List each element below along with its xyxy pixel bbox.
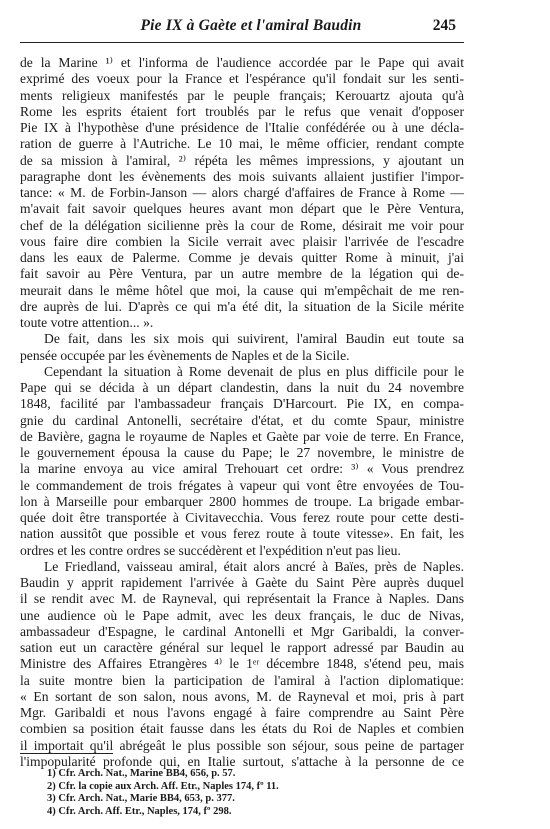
text-line: il importait qu'il abrégeât le plus poss… — [20, 738, 464, 754]
text-line: 1848, facilité par l'ambassadeur françai… — [20, 396, 464, 412]
text-line: gnie du cardinal Antonelli, secrétaire d… — [20, 413, 464, 429]
footnotes: 1) Cfr. Arch. Nat., Marine BB4, 656, p. … — [47, 768, 279, 819]
text-line: quée doit être transportée à Civitavecch… — [20, 510, 464, 526]
text-line: Mgr. Garibaldi et nous l'avons engagé à … — [20, 705, 464, 721]
footnote-2: 2) Cfr. la copie aux Arch. Aff. Etr., Na… — [47, 781, 279, 794]
text-line: toute votre attention... ». — [20, 315, 464, 331]
text-line: paragraphe dont les évènements des mois … — [20, 169, 464, 185]
header-rule — [20, 42, 464, 43]
text-line: Baudin y apprit rapidement l'arrivée à G… — [20, 575, 464, 591]
paragraph-start-line: Le Friedland, vaisseau amiral, était alo… — [20, 559, 464, 575]
text-line: le commandement de trois frégates à vape… — [20, 478, 464, 494]
paragraph-start-line: De fait, dans les six mois qui suivirent… — [20, 331, 464, 347]
paragraph-start-line: Cependant la situation à Rome devenait d… — [20, 364, 464, 380]
body-text: de la Marine ¹⁾ et l'informa de l'audien… — [20, 55, 464, 770]
text-line: de la Marine ¹⁾ et l'informa de l'audien… — [20, 55, 464, 71]
text-line: Pie IX à l'hypothèse d'une présidence de… — [20, 120, 464, 136]
text-line: « En sortant de son salon, nous avons, M… — [20, 689, 464, 705]
text-line: lon à Marseille pour embarquer 2800 homm… — [20, 494, 464, 510]
text-line: nation aussitôt que possible et vous fer… — [20, 526, 464, 542]
page-number: 245 — [433, 17, 456, 35]
footnote-rule — [20, 753, 113, 754]
text-line: fait savoir au Père Ventura, par un autr… — [20, 266, 464, 282]
text-line: chef de la délégation sicilienne près la… — [20, 218, 464, 234]
text-line: Pape qui se décida à un départ clandesti… — [20, 380, 464, 396]
text-line: la marine envoya au vice amiral Trehouar… — [20, 461, 464, 477]
text-line: m'avait fait savoir quelques heures avan… — [20, 201, 464, 217]
text-line: ments religieux manifestés par le peuple… — [20, 88, 464, 104]
text-line: ration de guerre à l'Autriche. Le 10 mai… — [20, 136, 464, 152]
text-line: tance: « M. de Forbin-Janson — alors cha… — [20, 185, 464, 201]
text-line: dans les eaux de Palerme. Comme je devai… — [20, 250, 464, 266]
text-line: Ministre des Affaires Etrangères ⁴⁾ le 1… — [20, 656, 464, 672]
text-line: une audience où le Pape admit, avec les … — [20, 608, 464, 624]
text-line: exprimé des voeux pour la France et l'es… — [20, 71, 464, 87]
text-line: ordres et les contre ordres se succédère… — [20, 543, 464, 559]
text-line: le gouvernement épousa la cause du Pape;… — [20, 445, 464, 461]
text-line: la suite montre bien la participation de… — [20, 673, 464, 689]
running-title: Pie IX à Gaète et l'amiral Baudin — [20, 17, 482, 35]
text-line: il se rendit avec M. de Rayneval, qui re… — [20, 591, 464, 607]
footnote-1: 1) Cfr. Arch. Nat., Marine BB4, 656, p. … — [47, 768, 279, 781]
footnote-3: 3) Cfr. Arch. Nat., Marie BB4, 653, p. 3… — [47, 793, 279, 806]
page-header: Pie IX à Gaète et l'amiral Baudin 245 — [20, 17, 482, 37]
text-line: de sa mission à l'amiral, ²⁾ répéta les … — [20, 153, 464, 169]
text-line: combien sa position était fausse dans le… — [20, 721, 464, 737]
text-line: vous faire dire combien la Sicile verrai… — [20, 234, 464, 250]
text-line: sation eut un caractère général sur lequ… — [20, 640, 464, 656]
text-line: dre auprès de lui. D'après ce qui m'a ét… — [20, 299, 464, 315]
text-line: meurait dans le même hôtel que moi, la c… — [20, 283, 464, 299]
text-line: de Bavière, gagna le royaume de Naples e… — [20, 429, 464, 445]
footnote-4: 4) Cfr. Arch. Aff. Etr., Naples, 174, fº… — [47, 806, 279, 819]
text-line: pensée occupée par les évènements de Nap… — [20, 348, 464, 364]
text-line: Rome les esprits étaient fort troublés p… — [20, 104, 464, 120]
text-line: ambassadeur d'Espagne, le cardinal Anton… — [20, 624, 464, 640]
